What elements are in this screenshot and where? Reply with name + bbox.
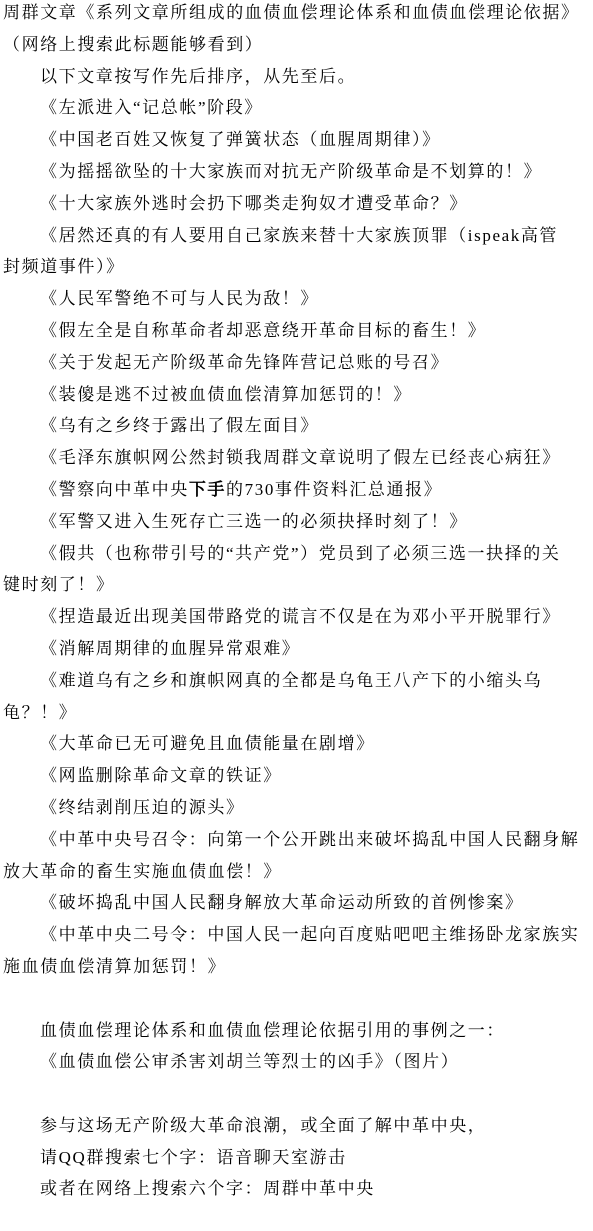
document-line: 《中国老百姓又恢复了弹簧状态（血腥周期律）》 [3, 124, 591, 156]
document-line: 《破坏捣乱中国人民翻身解放大革命运动所致的首例惨案》 [3, 887, 591, 919]
document-line: 以下文章按写作先后排序，从先至后。 [3, 61, 591, 93]
document-line: 《假左全是自称革命者却恶意绕开革命目标的畜生！》 [3, 315, 591, 347]
document-line: 周群文章《系列文章所组成的血债血偿理论体系和血债血偿理论依据》 [3, 0, 591, 29]
document-line: 施血债血偿清算加惩罚！》 [3, 951, 591, 983]
text-run: 封频道事件）》 [3, 257, 125, 276]
text-run: 请QQ群搜索七个字：语音聊天室游击 [40, 1148, 347, 1167]
text-run: 《消解周期律的血腥异常艰难》 [40, 639, 300, 658]
text-run: 《居然还真的有人要用自己家族来替十大家族顶罪（ispeak高管 [40, 226, 558, 245]
text-run: 或者在网络上搜索六个字：周群中革中央 [40, 1179, 375, 1198]
document-line: 《警察向中革中央下手的730事件资料汇总通报》 [3, 474, 591, 506]
text-run: 《终结剥削压迫的源头》 [40, 798, 245, 817]
text-run: 放大革命的畜生实施血债血偿！》 [3, 862, 282, 881]
text-run: 《血债血偿公审杀害刘胡兰等烈士的凶手》（图片） [40, 1052, 459, 1071]
document-line: 龟？！》 [3, 697, 591, 729]
text-run: 《破坏捣乱中国人民翻身解放大革命运动所致的首例惨案》 [40, 893, 524, 912]
text-run: 《假共（也称带引号的“共产党”）党员到了必须三选一抉择的关 [40, 544, 561, 563]
text-run: 《捏造最近出现美国带路党的谎言不仅是在为邓小平开脱罪行》 [40, 607, 561, 626]
document-body: 周群文章《系列文章所组成的血债血偿理论体系和血债血偿理论依据》（网络上搜索此标题… [0, 0, 593, 1205]
text-run: 《假左全是自称革命者却恶意绕开革命目标的畜生！》 [40, 321, 486, 340]
document-line: 《大革命已无可避免且血债能量在剧增》 [3, 728, 591, 760]
text-run: 《毛泽东旗帜网公然封锁我周群文章说明了假左已经丧心病狂》 [40, 448, 561, 467]
document-line: 《人民军警绝不可与人民为敌！》 [3, 283, 591, 315]
text-run: 《难道乌有之乡和旗帜网真的全都是乌龟王八产下的小缩头乌 [40, 671, 542, 690]
document-line: 《乌有之乡终于露出了假左面目》 [3, 410, 591, 442]
document-line: 《左派进入“记总帐”阶段》 [3, 92, 591, 124]
text-run: 《关于发起无产阶级革命先锋阵营记总账的号召》 [40, 353, 449, 372]
text-run: 《中革中央二号令：中国人民一起向百度贴吧吧主维扬卧龙家族实 [40, 925, 579, 944]
text-run: 以下文章按写作先后排序，从先至后。 [40, 67, 356, 86]
blank-line [3, 1078, 591, 1110]
document-line: 或者在网络上搜索六个字：周群中革中央 [3, 1173, 591, 1205]
text-run: 《警察向中革中央 [40, 480, 189, 499]
blank-line [3, 983, 591, 1015]
document-line: 《网监删除革命文章的铁证》 [3, 760, 591, 792]
text-run: 《中革中央号召令：向第一个公开跳出来破坏捣乱中国人民翻身解 [40, 830, 579, 849]
text-run: 《装傻是逃不过被血债血偿清算加惩罚的！》 [40, 385, 412, 404]
document-line: 《难道乌有之乡和旗帜网真的全都是乌龟王八产下的小缩头乌 [3, 665, 591, 697]
bold-text: 下手 [189, 480, 226, 499]
document-line: 《血债血偿公审杀害刘胡兰等烈士的凶手》（图片） [3, 1046, 591, 1078]
document-line: 《装傻是逃不过被血债血偿清算加惩罚的！》 [3, 379, 591, 411]
text-run: 周群文章《系列文章所组成的血债血偿理论体系和血债血偿理论依据》 [3, 3, 580, 22]
document-line: 血债血偿理论体系和血债血偿理论依据引用的事例之一： [3, 1015, 591, 1047]
text-run: 施血债血偿清算加惩罚！》 [3, 957, 226, 976]
document-line: 请QQ群搜索七个字：语音聊天室游击 [3, 1142, 591, 1174]
text-run: 《中国老百姓又恢复了弹簧状态（血腥周期律）》 [40, 130, 441, 149]
document-line: 《捏造最近出现美国带路党的谎言不仅是在为邓小平开脱罪行》 [3, 601, 591, 633]
text-run: 《乌有之乡终于露出了假左面目》 [40, 416, 319, 435]
document-line: 《十大家族外逃时会扔下哪类走狗奴才遭受革命？》 [3, 188, 591, 220]
text-run: 龟？！》 [3, 703, 77, 722]
document-line: 《关于发起无产阶级革命先锋阵营记总账的号召》 [3, 347, 591, 379]
document-line: 《为摇摇欲坠的十大家族而对抗无产阶级革命是不划算的！》 [3, 156, 591, 188]
text-run: 键时刻了！》 [3, 575, 115, 594]
text-run: 《网监删除革命文章的铁证》 [40, 766, 282, 785]
text-run: 《十大家族外逃时会扔下哪类走狗奴才遭受革命？》 [40, 194, 468, 213]
document-line: 《中革中央二号令：中国人民一起向百度贴吧吧主维扬卧龙家族实 [3, 919, 591, 951]
text-run: 参与这场无产阶级大革命浪潮，或全面了解中革中央， [40, 1116, 486, 1135]
text-run: 《左派进入“记总帐”阶段》 [40, 98, 263, 117]
document-line: 《军警又进入生死存亡三选一的必须抉择时刻了！》 [3, 506, 591, 538]
document-line: （网络上搜索此标题能够看到） [3, 29, 591, 61]
text-run: 的730事件资料汇总通报》 [226, 480, 442, 499]
text-run: 《为摇摇欲坠的十大家族而对抗无产阶级革命是不划算的！》 [40, 162, 542, 181]
text-run: 《人民军警绝不可与人民为敌！》 [40, 289, 319, 308]
text-run: （网络上搜索此标题能够看到） [3, 35, 263, 54]
text-run: 《大革命已无可避免且血债能量在剧增》 [40, 734, 375, 753]
text-run: 血债血偿理论体系和血债血偿理论依据引用的事例之一： [40, 1021, 505, 1040]
document-line: 《假共（也称带引号的“共产党”）党员到了必须三选一抉择的关 [3, 538, 591, 570]
document-line: 放大革命的畜生实施血债血偿！》 [3, 856, 591, 888]
text-run: 《军警又进入生死存亡三选一的必须抉择时刻了！》 [40, 512, 468, 531]
document-line: 《居然还真的有人要用自己家族来替十大家族顶罪（ispeak高管 [3, 220, 591, 252]
document-line: 《毛泽东旗帜网公然封锁我周群文章说明了假左已经丧心病狂》 [3, 442, 591, 474]
document-line: 《中革中央号召令：向第一个公开跳出来破坏捣乱中国人民翻身解 [3, 824, 591, 856]
document-line: 封频道事件）》 [3, 251, 591, 283]
document-line: 参与这场无产阶级大革命浪潮，或全面了解中革中央， [3, 1110, 591, 1142]
document-line: 《消解周期律的血腥异常艰难》 [3, 633, 591, 665]
document-line: 键时刻了！》 [3, 569, 591, 601]
document-line: 《终结剥削压迫的源头》 [3, 792, 591, 824]
